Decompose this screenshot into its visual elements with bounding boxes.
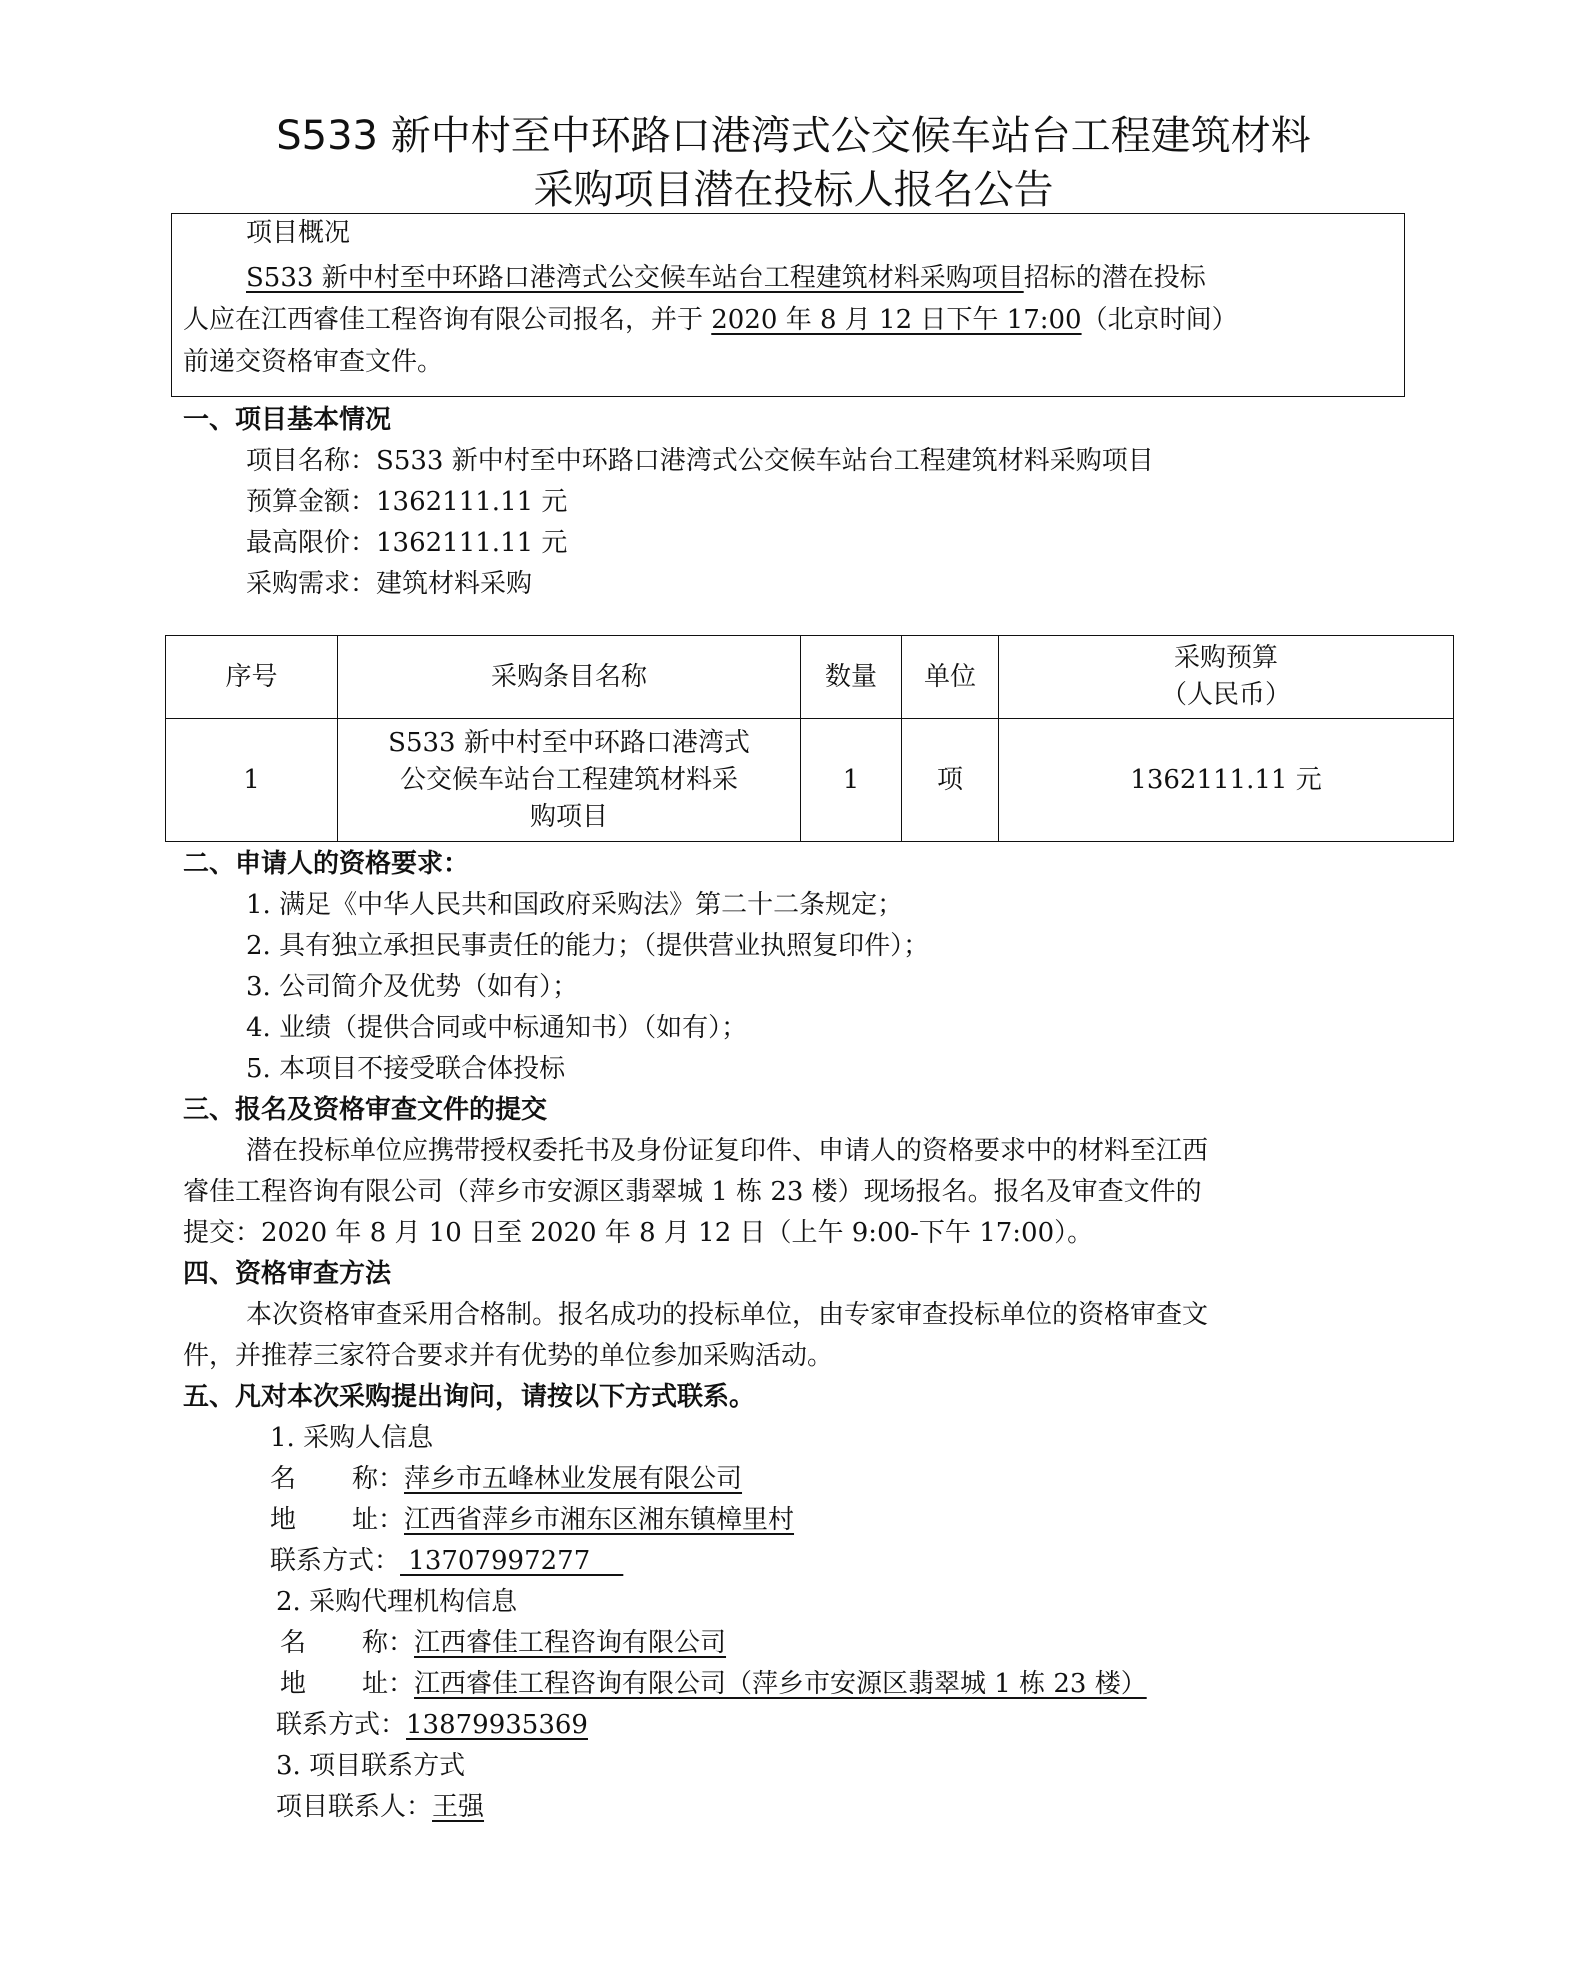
field-value: S533 新中村至中环路口港湾式公交候车站台工程建筑材料采购项目 [376, 446, 1154, 476]
field-label: 采购需求： [246, 569, 376, 599]
section3-heading: 三、报名及资格审查文件的提交 [183, 1090, 547, 1131]
deadline-date: 2020 年 8 月 12 日下午 17:00 [711, 305, 1081, 335]
header-budget-line1: 采购预算 [1005, 640, 1447, 677]
requirement-item: 2. 具有独立承担民事责任的能力；（提供营业执照复印件）； [246, 926, 929, 967]
field-max-price: 最高限价：1362111.11 元 [246, 523, 567, 564]
overview-text: 招标的潜在投标 [1024, 263, 1206, 293]
label: 址： [352, 1505, 404, 1535]
purchaser-address: 江西省萍乡市湘东区湘东镇樟里村 [404, 1505, 794, 1535]
project-contact-row: 项目联系人：王强 [276, 1787, 484, 1828]
field-label: 项目名称： [246, 446, 376, 476]
section4-line: 件，并推荐三家符合要求并有优势的单位参加采购活动。 [183, 1336, 833, 1377]
cell-item-name-line: 购项目 [344, 799, 794, 836]
purchaser-name: 萍乡市五峰林业发展有限公司 [404, 1464, 742, 1494]
purchaser-title: 1. 采购人信息 [270, 1418, 433, 1459]
label: 联系方式： [276, 1710, 406, 1740]
purchaser-phone: 13707997277 [400, 1546, 623, 1576]
overview-line2: 人应在江西睿佳工程咨询有限公司报名，并于 2020 年 8 月 12 日下午 1… [183, 300, 1238, 341]
purchaser-address-row: 地址：江西省萍乡市湘东区湘东镇樟里村 [270, 1500, 794, 1541]
agency-address: 江西睿佳工程咨询有限公司（萍乡市安源区翡翠城 1 栋 23 楼） [414, 1669, 1147, 1699]
procurement-table: 序号 采购条目名称 数量 单位 采购预算（人民币） 1 S533 新中村至中环路… [165, 635, 1454, 842]
label: 名 [270, 1459, 352, 1500]
header-budget-line2: （人民币） [1005, 677, 1447, 714]
agency-phone: 13879935369 [406, 1710, 588, 1740]
cell-item-name-line: S533 新中村至中环路口港湾式 [344, 725, 794, 762]
section1-heading: 一、项目基本情况 [183, 400, 391, 441]
header-unit: 单位 [902, 636, 999, 719]
requirement-item: 5. 本项目不接受联合体投标 [246, 1049, 565, 1090]
requirement-item: 3. 公司简介及优势（如有）； [246, 967, 578, 1008]
label: 称： [352, 1464, 404, 1494]
field-value: 1362111.11 元 [376, 528, 567, 558]
overview-label: 项目概况 [246, 213, 350, 254]
agency-title: 2. 采购代理机构信息 [276, 1582, 517, 1623]
overview-line1: S533 新中村至中环路口港湾式公交候车站台工程建筑材料采购项目招标的潜在投标 [246, 258, 1206, 299]
purchaser-phone-row: 联系方式： 13707997277 [270, 1541, 623, 1582]
agency-phone-row: 联系方式：13879935369 [276, 1705, 588, 1746]
field-requirement: 采购需求：建筑材料采购 [246, 564, 532, 605]
project-name-link: S533 新中村至中环路口港湾式公交候车站台工程建筑材料采购项目 [246, 263, 1024, 293]
project-contact-title: 3. 项目联系方式 [276, 1746, 465, 1787]
section3-line: 提交：2020 年 8 月 10 日至 2020 年 8 月 12 日（上午 9… [183, 1213, 1093, 1254]
document-title-line2: 采购项目潜在投标人报名公告 [0, 158, 1587, 215]
section3-line: 潜在投标单位应携带授权委托书及身份证复印件、申请人的资格要求中的材料至江西 [246, 1131, 1208, 1172]
document-title-line1: S533 新中村至中环路口港湾式公交候车站台工程建筑材料 [0, 104, 1587, 161]
cell-item-name: S533 新中村至中环路口港湾式 公交候车站台工程建筑材料采 购项目 [338, 719, 801, 842]
cell-index: 1 [166, 719, 338, 842]
field-project-name: 项目名称：S533 新中村至中环路口港湾式公交候车站台工程建筑材料采购项目 [246, 441, 1154, 482]
cell-quantity: 1 [801, 719, 902, 842]
overview-text: （北京时间） [1082, 305, 1238, 335]
section4-line: 本次资格审查采用合格制。报名成功的投标单位，由专家审查投标单位的资格审查文 [246, 1295, 1208, 1336]
header-index: 序号 [166, 636, 338, 719]
purchaser-name-row: 名称：萍乡市五峰林业发展有限公司 [270, 1459, 742, 1500]
field-budget: 预算金额：1362111.11 元 [246, 482, 567, 523]
label: 地 [280, 1664, 362, 1705]
label: 地 [270, 1500, 352, 1541]
section5-heading: 五、凡对本次采购提出询问，请按以下方式联系。 [183, 1377, 755, 1418]
section4-heading: 四、资格审查方法 [183, 1254, 391, 1295]
table-row: 1 S533 新中村至中环路口港湾式 公交候车站台工程建筑材料采 购项目 1 项… [166, 719, 1454, 842]
label: 项目联系人： [276, 1792, 432, 1822]
label: 称： [362, 1628, 414, 1658]
field-value: 1362111.11 元 [376, 487, 567, 517]
requirement-item: 1. 满足《中华人民共和国政府采购法》第二十二条规定； [246, 885, 903, 926]
header-budget: 采购预算（人民币） [999, 636, 1454, 719]
cell-item-name-line: 公交候车站台工程建筑材料采 [344, 762, 794, 799]
project-contact-name: 王强 [432, 1792, 484, 1822]
overview-text: 人应在江西睿佳工程咨询有限公司报名，并于 [183, 305, 711, 335]
agency-address-row: 地址：江西睿佳工程咨询有限公司（萍乡市安源区翡翠城 1 栋 23 楼） [280, 1664, 1147, 1705]
header-item-name: 采购条目名称 [338, 636, 801, 719]
field-value: 建筑材料采购 [376, 569, 532, 599]
cell-unit: 项 [902, 719, 999, 842]
label: 址： [362, 1669, 414, 1699]
requirement-item: 4. 业绩（提供合同或中标通知书）（如有）； [246, 1008, 747, 1049]
agency-name-row: 名称：江西睿佳工程咨询有限公司 [280, 1623, 726, 1664]
label: 名 [280, 1623, 362, 1664]
field-label: 预算金额： [246, 487, 376, 517]
section3-line: 睿佳工程咨询有限公司（萍乡市安源区翡翠城 1 栋 23 楼）现场报名。报名及审查… [183, 1172, 1202, 1213]
agency-name: 江西睿佳工程咨询有限公司 [414, 1628, 726, 1658]
header-quantity: 数量 [801, 636, 902, 719]
label: 联系方式： [270, 1546, 400, 1576]
field-label: 最高限价： [246, 528, 376, 558]
overview-line3: 前递交资格审查文件。 [183, 342, 443, 383]
section2-heading: 二、申请人的资格要求： [183, 844, 469, 885]
table-header-row: 序号 采购条目名称 数量 单位 采购预算（人民币） [166, 636, 1454, 719]
cell-budget: 1362111.11 元 [999, 719, 1454, 842]
